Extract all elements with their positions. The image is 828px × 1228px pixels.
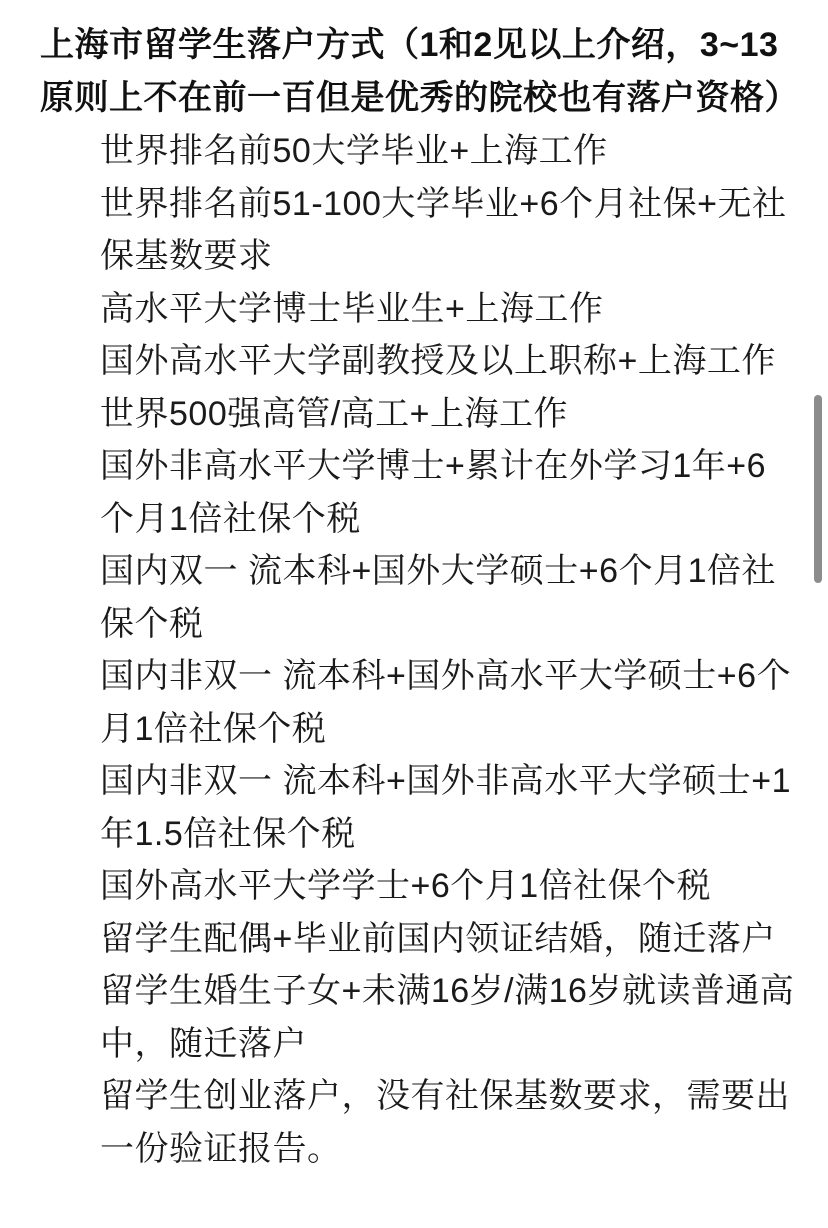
list-item: 国外非高水平大学博士+累计在外学习1年+6个月1倍社保个税 xyxy=(100,440,798,545)
list-item: 世界排名前51-100大学毕业+6个月社保+无社保基数要求 xyxy=(100,178,798,283)
list-item: 留学生配偶+毕业前国内领证结婚，随迁落户 xyxy=(100,913,798,966)
list-item: 世界500强高管/高工+上海工作 xyxy=(100,388,798,441)
list-item: 国内非双一 流本科+国外非高水平大学硕士+1年1.5倍社保个税 xyxy=(100,755,798,860)
list-item: 世界排名前50大学毕业+上海工作 xyxy=(100,125,798,178)
list-item: 国外高水平大学学士+6个月1倍社保个税 xyxy=(100,860,798,913)
list-item: 高水平大学博士毕业生+上海工作 xyxy=(100,283,798,336)
list-item: 国内非双一 流本科+国外高水平大学硕士+6个月1倍社保个税 xyxy=(100,650,798,755)
page-title: 上海市留学生落户方式（1和2见以上介绍，3~13原则上不在前一百但是优秀的院校也… xyxy=(40,19,792,125)
list-item: 留学生婚生子女+未满16岁/满16岁就读普通高中，随迁落户 xyxy=(100,965,798,1070)
list-item: 留学生创业落户，没有社保基数要求，需要出一份验证报告。 xyxy=(100,1070,798,1175)
document-page: 上海市留学生落户方式（1和2见以上介绍，3~13原则上不在前一百但是优秀的院校也… xyxy=(0,0,828,1175)
list-item: 国内双一 流本科+国外大学硕士+6个月1倍社保个税 xyxy=(100,545,798,650)
policy-list: 世界排名前50大学毕业+上海工作 世界排名前51-100大学毕业+6个月社保+无… xyxy=(100,125,798,1175)
scrollbar-thumb[interactable] xyxy=(814,395,822,583)
list-item: 国外高水平大学副教授及以上职称+上海工作 xyxy=(100,335,798,388)
scrollbar-track[interactable] xyxy=(808,0,828,1228)
